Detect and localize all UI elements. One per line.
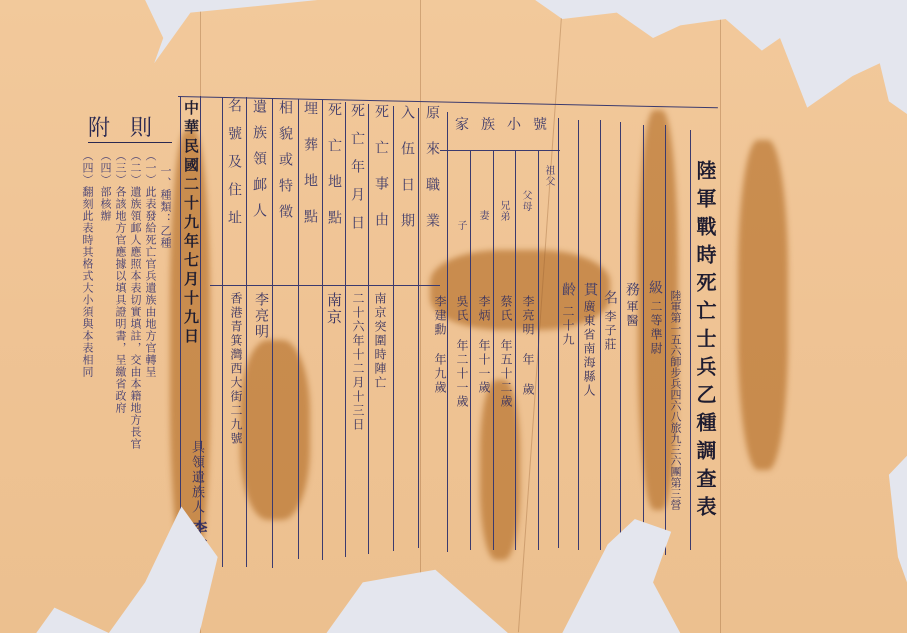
burial-label: 埋葬地點 bbox=[303, 101, 317, 245]
family-label-child: 子 bbox=[455, 220, 465, 231]
death-cause-value: 南京突圍時陣亡 bbox=[374, 292, 386, 390]
duty-label: 務 bbox=[625, 282, 639, 298]
name-value: 李子莊 bbox=[604, 310, 616, 352]
address-value: 香港青箕灣西大街二九號 bbox=[230, 292, 242, 446]
col-line bbox=[620, 122, 621, 552]
heir-value: 李亮明 bbox=[254, 292, 268, 340]
address-label: 名號及住址 bbox=[227, 98, 241, 238]
appendix-item-4: （四）部核辦 bbox=[100, 150, 111, 222]
death-cause-label: 死亡事由 bbox=[374, 104, 388, 248]
unit-value: 陸軍第一五六師步兵四六八旅九三六團第三營 bbox=[670, 290, 681, 510]
document-paper: 陸軍戰時死亡士兵乙種調查表 陸軍第一五六師步兵四六八旅九三六團第三營 級 二等準… bbox=[0, 0, 907, 633]
col-line bbox=[272, 98, 273, 568]
family-value-1: 李亮明 年 歲 bbox=[522, 295, 534, 397]
duty-value: 軍醫 bbox=[626, 300, 638, 328]
col-line bbox=[298, 99, 299, 559]
appendix-item-5: （四）翻刻此表時其格式大小須與本表相同 bbox=[82, 150, 93, 378]
origin-value: 廣東省南海縣人 bbox=[583, 300, 595, 398]
stain bbox=[738, 140, 788, 470]
heir-label: 遺族領䘏人 bbox=[252, 99, 266, 229]
appendix-item-3: （三）各該地方官應據以填具證明書，呈繳省政府 bbox=[115, 150, 126, 414]
name-label: 名 bbox=[603, 290, 617, 306]
col-line bbox=[368, 104, 369, 554]
form-date: 中華民國二十九年七月十九日 bbox=[183, 100, 198, 347]
origin-label: 貫 bbox=[583, 282, 597, 298]
age-label: 齡 bbox=[561, 282, 575, 298]
col-line bbox=[643, 125, 644, 555]
family-value-5: 李建勳 年九歲 bbox=[434, 295, 446, 395]
original-occupation-label: 原來職業 bbox=[425, 105, 439, 249]
stain bbox=[240, 340, 310, 520]
death-place-label: 死亡地點 bbox=[327, 102, 341, 246]
enlist-date-label: 入伍日期 bbox=[400, 105, 414, 249]
col-line bbox=[665, 125, 666, 555]
col-line bbox=[493, 150, 494, 550]
family-value-3: 李炳 年十一歲 bbox=[478, 295, 490, 395]
family-value-2: 蔡氏 年五十二歲 bbox=[500, 295, 512, 409]
col-line bbox=[418, 108, 419, 548]
appendix-item-1: （一）此表發給死亡官兵遺族由地方官轉呈 bbox=[145, 150, 156, 378]
age-value: 二十九 bbox=[562, 305, 574, 347]
appendix-item-2: （二）遺族領䘏人應照本表切實填註，交由本籍地方長官 bbox=[130, 150, 141, 450]
appendix-title: 附則 bbox=[88, 118, 172, 143]
col-line bbox=[578, 120, 579, 550]
col-line bbox=[690, 130, 691, 550]
rank-label: 級 bbox=[648, 280, 662, 296]
header-divider bbox=[440, 150, 560, 151]
family-header: 家族小號 bbox=[455, 118, 559, 132]
crease bbox=[420, 0, 421, 633]
col-line bbox=[447, 112, 448, 552]
family-value-4: 吳氏 年二十一歲 bbox=[456, 295, 468, 409]
crease bbox=[720, 0, 721, 633]
rank-value: 二等準尉 bbox=[650, 300, 662, 356]
death-place-value: 南京 bbox=[326, 292, 341, 326]
col-line bbox=[180, 96, 181, 576]
col-line bbox=[222, 97, 223, 567]
col-line bbox=[515, 150, 516, 550]
col-line bbox=[322, 100, 323, 560]
col-line bbox=[538, 150, 539, 550]
col-line bbox=[470, 150, 471, 550]
signature-label: 具領遺族人 bbox=[190, 440, 203, 515]
features-label: 相貌或特徵 bbox=[278, 100, 292, 230]
col-line bbox=[558, 118, 559, 548]
family-label-parents: 父母 bbox=[520, 190, 530, 212]
form-title: 陸軍戰時死亡士兵乙種調查表 bbox=[695, 160, 715, 524]
family-label-siblings: 兄弟 bbox=[498, 200, 508, 222]
signature-value: 李亮明 bbox=[190, 520, 206, 574]
death-date-label: 死亡年月日 bbox=[350, 103, 364, 243]
value-divider bbox=[210, 285, 440, 286]
death-date-value: 二十六年十二月十三日 bbox=[352, 292, 364, 432]
col-line bbox=[393, 106, 394, 551]
col-line bbox=[600, 120, 601, 550]
family-label-grandfather: 祖父 bbox=[543, 165, 553, 187]
col-line bbox=[345, 102, 346, 557]
col-line bbox=[246, 97, 247, 567]
family-label-wife: 妻 bbox=[477, 210, 487, 221]
appendix-note: 一、種類：乙種 bbox=[160, 165, 171, 249]
